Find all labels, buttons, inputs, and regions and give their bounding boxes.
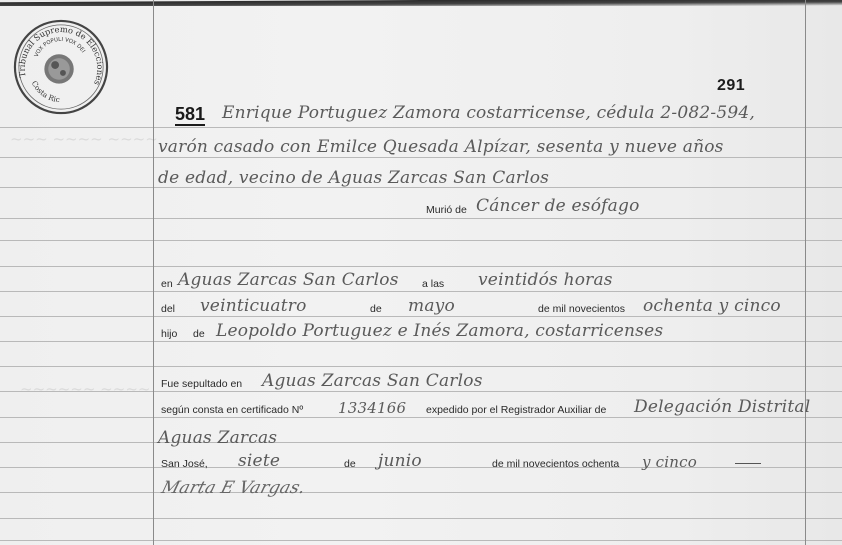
ruled-line xyxy=(0,492,842,493)
official-seal-stamp: Tribunal Supremo de Elecciones VOX POPUL… xyxy=(12,18,110,116)
city-label: San José, xyxy=(161,458,208,470)
ruled-line xyxy=(0,417,842,418)
issued-by-value-line-2: Aguas Zarcas xyxy=(158,428,277,448)
year-value: ochenta y cinco xyxy=(643,296,781,316)
entry-line-2: varón casado con Emilce Quesada Alpízar,… xyxy=(158,137,724,157)
signed-year-value: y cinco xyxy=(642,453,697,471)
day-value: veinticuatro xyxy=(200,296,307,316)
certificate-label: según consta en certificado Nº xyxy=(161,404,303,416)
ruled-line xyxy=(0,316,842,317)
entry-line-3: de edad, vecino de Aguas Zarcas San Carl… xyxy=(158,168,549,188)
entry-line-1: Enrique Portuguez Zamora costarricense, … xyxy=(222,103,755,123)
ruled-line xyxy=(0,366,842,367)
page-number: 291 xyxy=(717,77,745,95)
signed-year-label: de mil novecientos ochenta xyxy=(492,458,619,470)
cause-of-death-value: Cáncer de esófago xyxy=(476,196,640,216)
signed-day-value: siete xyxy=(238,451,280,471)
signed-month-value: junio xyxy=(378,451,422,471)
certificate-number: 1334166 xyxy=(338,399,406,417)
bleed-through-text: ~~~ ~~~~ ~~~~ xyxy=(10,130,158,148)
bleed-through-text: ~~~~~~ ~~~~ xyxy=(20,380,150,398)
ruled-line xyxy=(0,266,842,267)
time-label: a las xyxy=(422,278,444,290)
year-label: de mil novecientos xyxy=(538,303,625,315)
day-label: del xyxy=(161,303,175,315)
parents-label-of: de xyxy=(193,328,205,340)
parents-label-son: hijo xyxy=(161,328,177,340)
closing-dash xyxy=(735,463,761,464)
entry-number: 581 xyxy=(175,104,205,126)
ruled-line xyxy=(0,240,842,241)
issued-by-label: expedido por el Registrador Auxiliar de xyxy=(426,404,606,416)
ruled-line xyxy=(0,442,842,443)
ruled-line xyxy=(0,157,842,158)
ruled-line xyxy=(0,291,842,292)
ruled-line xyxy=(0,341,842,342)
parents-value: Leopoldo Portuguez e Inés Zamora, costar… xyxy=(216,321,663,341)
time-value: veintidós horas xyxy=(478,270,613,290)
right-margin-line xyxy=(805,0,806,545)
signed-month-label: de xyxy=(344,458,356,470)
ruled-line xyxy=(0,540,842,541)
left-margin-line xyxy=(153,0,154,545)
ruled-line xyxy=(0,218,842,219)
month-label: de xyxy=(370,303,382,315)
place-value: Aguas Zarcas San Carlos xyxy=(178,270,399,290)
ruled-line xyxy=(0,518,842,519)
ruled-line xyxy=(0,127,842,128)
burial-label: Fue sepultado en xyxy=(161,378,242,390)
month-value: mayo xyxy=(408,296,455,316)
cause-of-death-label: Murió de xyxy=(426,204,467,216)
issued-by-value: Delegación Distrital xyxy=(634,397,810,417)
burial-value: Aguas Zarcas San Carlos xyxy=(262,371,483,391)
registrar-signature: Marta E Vargas. xyxy=(159,478,307,498)
place-label: en xyxy=(161,278,173,290)
